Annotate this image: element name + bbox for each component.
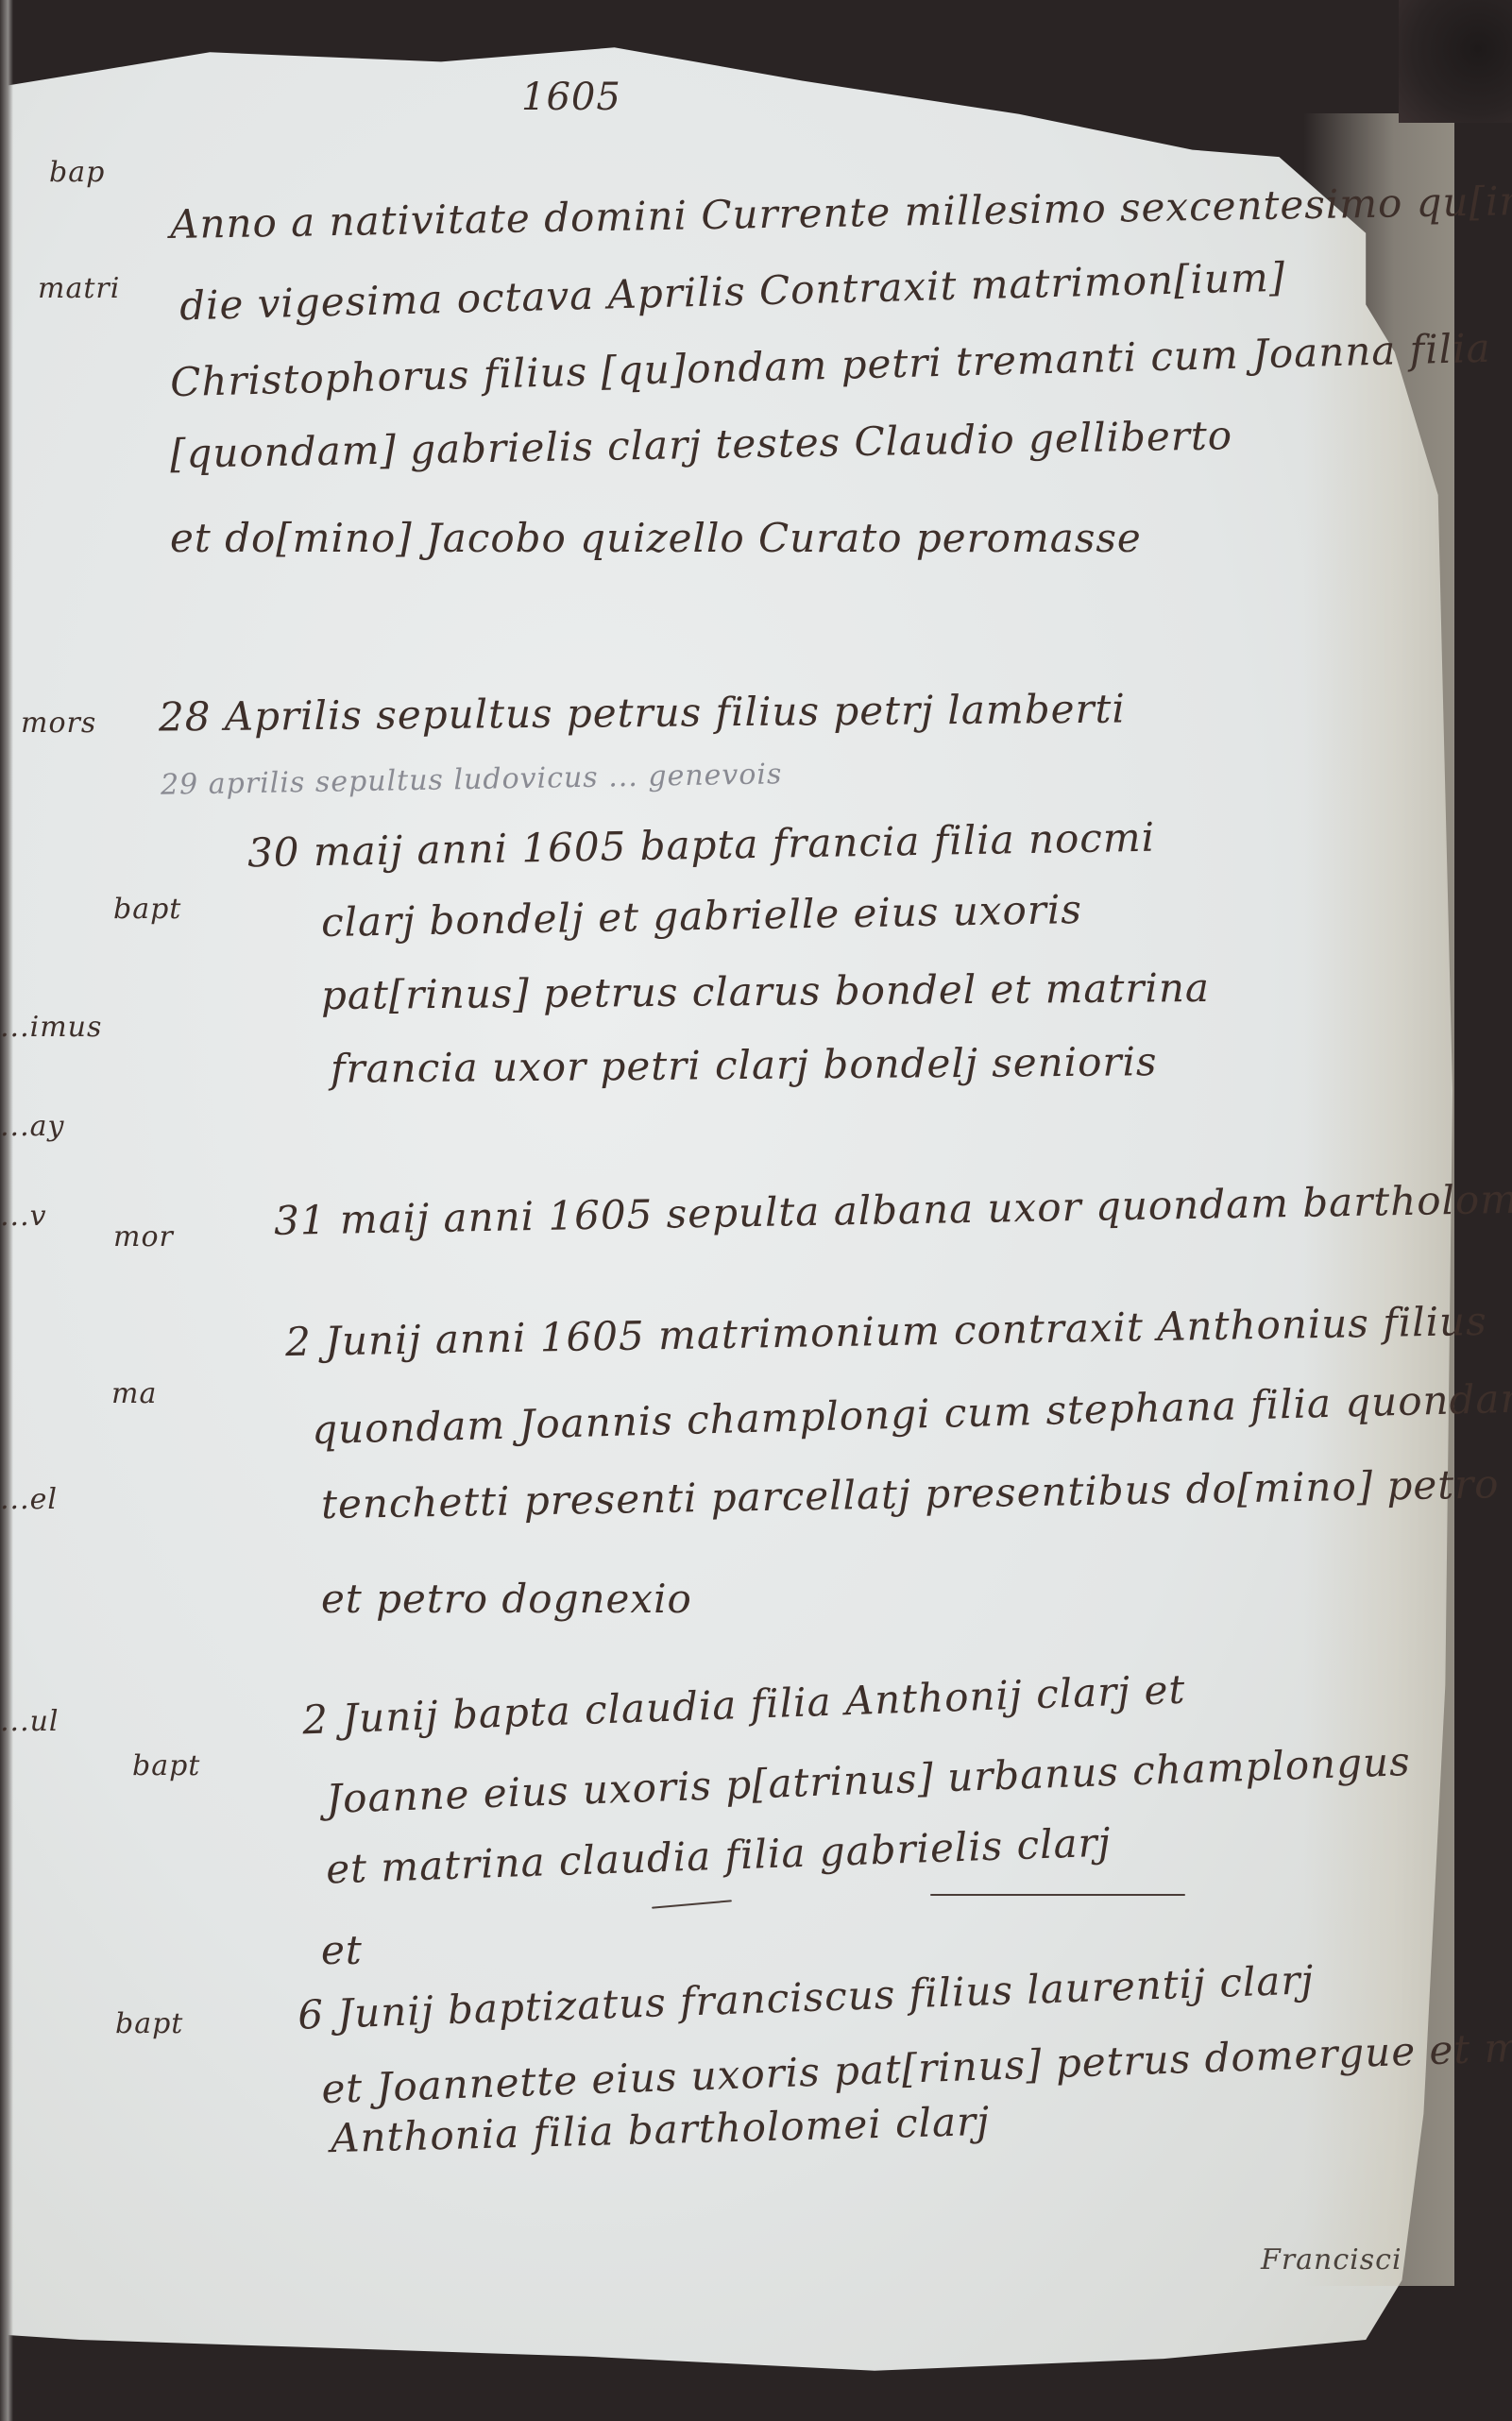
entry-2-line-1: 28 Aprilis sepultus petrus filius petrj … xyxy=(159,686,1126,741)
catchword: Francisci xyxy=(1261,2243,1402,2276)
entry-6-line-4: et petro dognexio xyxy=(321,1576,692,1622)
margin-note-mors: mors xyxy=(21,707,96,740)
year-heading: 1605 xyxy=(521,76,621,119)
margin-note-bapt: bapt xyxy=(115,2007,183,2040)
separator-line xyxy=(930,1894,1185,1896)
binding-clip xyxy=(1399,0,1512,123)
left-edge-fragment: ...imus xyxy=(0,1011,102,1044)
left-edge-fragment: ...el xyxy=(0,1483,58,1516)
left-edge-fragment: ...ul xyxy=(0,1705,59,1738)
entry-7-line-4: et xyxy=(321,1927,363,1973)
entry-1-line-5: et do[mino] Jacobo quizello Curato perom… xyxy=(170,515,1142,561)
margin-note-mor: mor xyxy=(113,1220,174,1253)
entry-4-line-4: francia uxor petri clarj bondelj seniori… xyxy=(331,1038,1158,1092)
margin-note-bap: bap xyxy=(49,156,105,189)
left-edge-fragment: ...ay xyxy=(0,1110,64,1143)
entry-4-line-3: pat[rinus] petrus clarus bondel et matri… xyxy=(321,964,1210,1018)
margin-note-matri: matri xyxy=(38,272,120,305)
margin-note-bapt: bapt xyxy=(132,1749,200,1782)
left-edge-fragment: ...v xyxy=(0,1200,47,1233)
margin-note-bapt: bapt xyxy=(113,893,181,926)
margin-note-ma: ma xyxy=(111,1377,157,1410)
